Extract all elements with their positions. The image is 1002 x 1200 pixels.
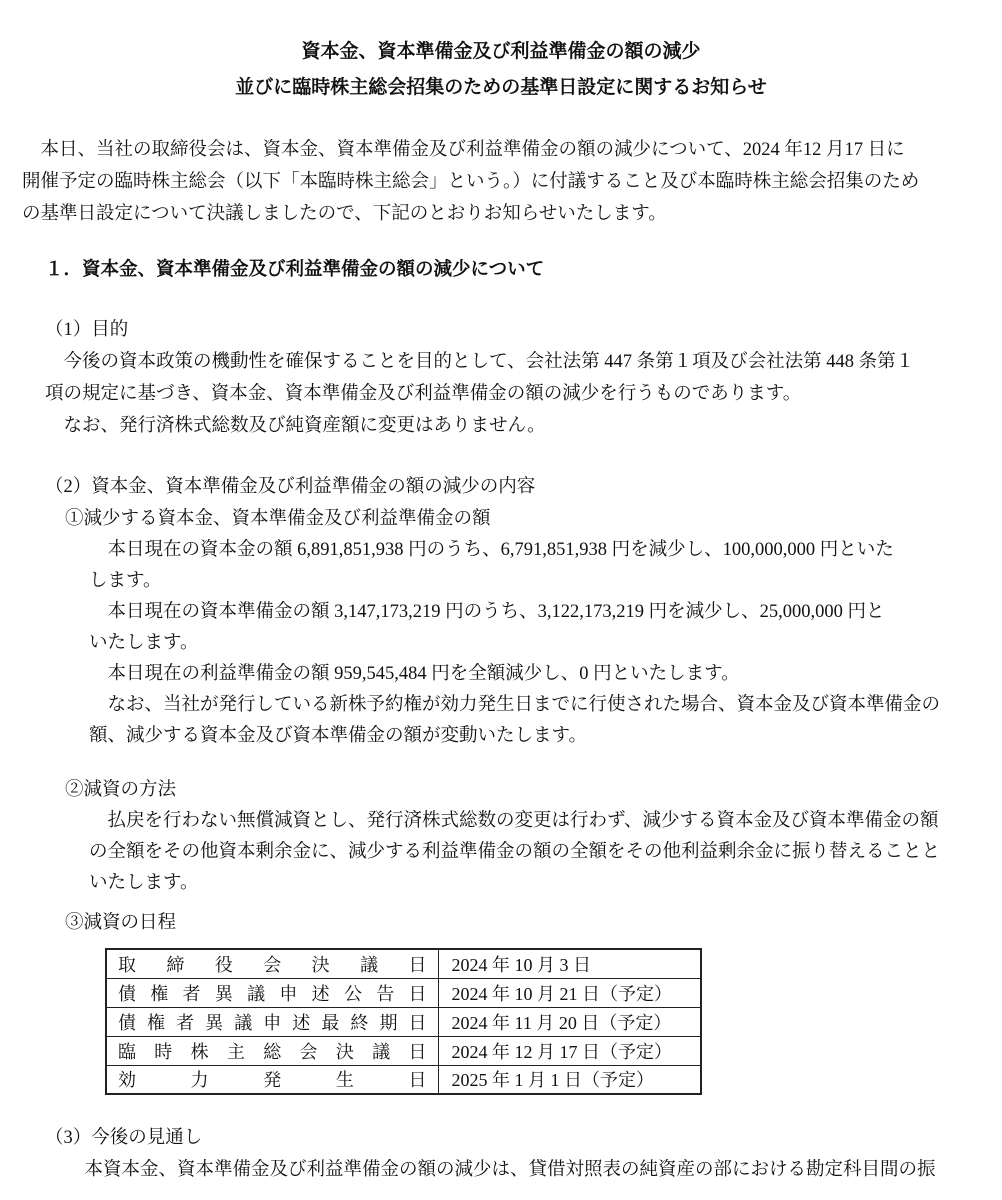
schedule-date: 2025 年 1 月 1 日（予定） [438,1065,701,1094]
document-title: 資本金、資本準備金及び利益準備金の額の減少 並びに臨時株主総会招集のための基準日… [0,0,1002,106]
schedule-event: 債権者異議申述公告日 [106,978,438,1007]
schedule-date: 2024 年 11 月 20 日（予定） [438,1007,701,1036]
reduction-method-body: 払戻を行わない無償減資とし、発行済株式総数の変更は行わず、減少する資本金及び資本… [0,806,1002,899]
table-row: 取締役会決議日 2024 年 10 月 3 日 [106,949,701,978]
details-label: （2）資本金、資本準備金及び利益準備金の額の減少の内容 [0,471,1002,503]
reduction-schedule-label: ③減資の日程 [0,907,1002,939]
section-1-heading: １．資本金、資本準備金及び利益準備金の額の減少について [0,254,1002,286]
table-row: 債権者異議申述最終期日 2024 年 11 月 20 日（予定） [106,1007,701,1036]
reduction-amounts-body: 本日現在の資本金の額 6,891,851,938 円のうち、6,791,851,… [0,535,1002,752]
schedule-event: 債権者異議申述最終期日 [106,1007,438,1036]
schedule-date: 2024 年 12 月 17 日（予定） [438,1036,701,1065]
announcement-document: 資本金、資本準備金及び利益準備金の額の減少 並びに臨時株主総会招集のための基準日… [0,0,1002,1186]
table-row: 債権者異議申述公告日 2024 年 10 月 21 日（予定） [106,978,701,1007]
intro-paragraph: 本日、当社の取締役会は、資本金、資本準備金及び利益準備金の額の減少について、20… [0,134,1002,230]
outlook-label: （3）今後の見通し [0,1122,1002,1154]
purpose-body: 今後の資本政策の機動性を確保することを目的として、会社法第 447 条第１項及び… [0,346,1002,442]
reduction-amounts-label: ①減少する資本金、資本準備金及び利益準備金の額 [0,503,1002,535]
reduction-method-label: ②減資の方法 [0,774,1002,806]
table-row: 効力発生日 2025 年 1 月 1 日（予定） [106,1065,701,1094]
schedule-event: 効力発生日 [106,1065,438,1094]
schedule-table: 取締役会決議日 2024 年 10 月 3 日 債権者異議申述公告日 2024 … [105,948,702,1095]
table-row: 臨時株主総会決議日 2024 年 12 月 17 日（予定） [106,1036,701,1065]
schedule-date: 2024 年 10 月 3 日 [438,949,701,978]
purpose-label: （1）目的 [0,314,1002,346]
outlook-body: 本資本金、資本準備金及び利益準備金の額の減少は、貸借対照表の純資産の部における勘… [0,1154,1002,1186]
schedule-event: 取締役会決議日 [106,949,438,978]
schedule-event: 臨時株主総会決議日 [106,1036,438,1065]
schedule-date: 2024 年 10 月 21 日（予定） [438,978,701,1007]
